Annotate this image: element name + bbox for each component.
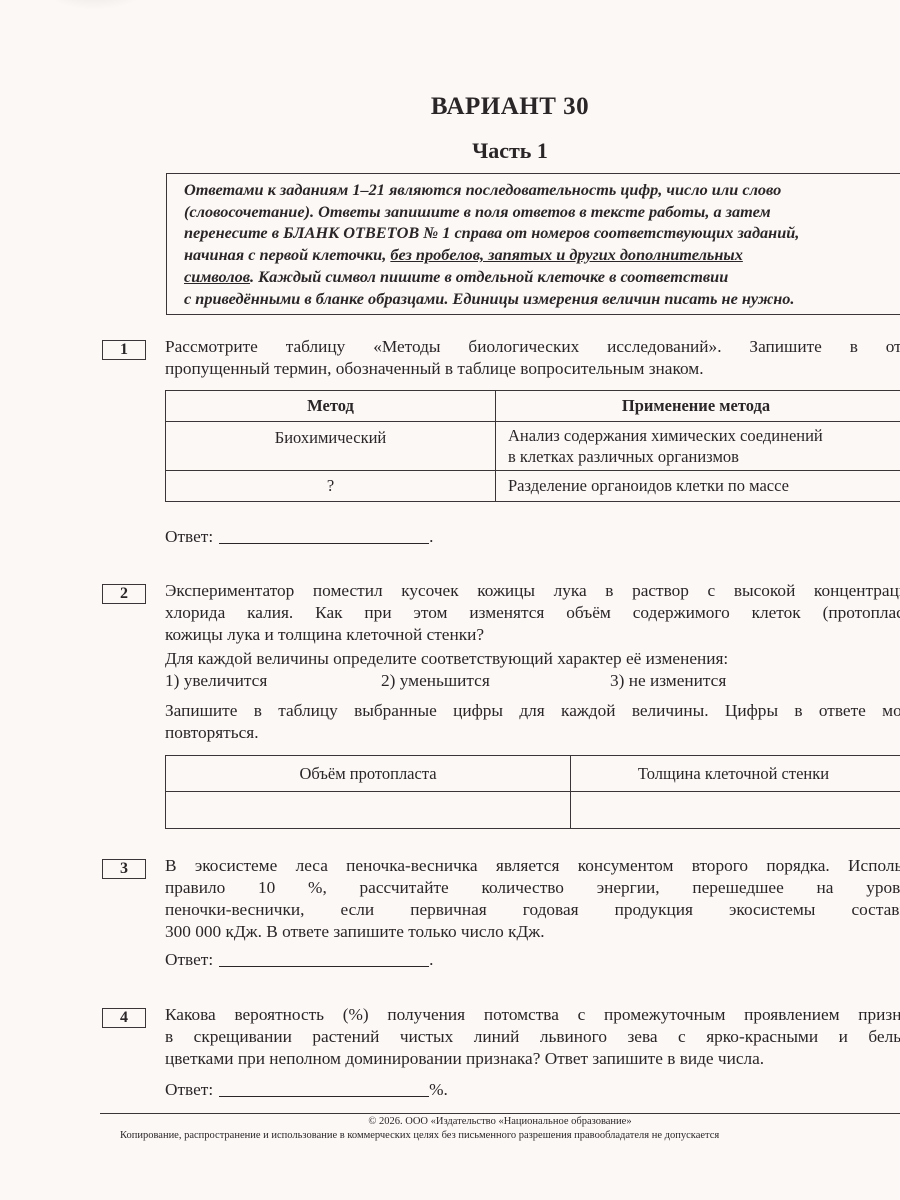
task-text-line: Рассмотрите таблицу «Методы биологически… [165,336,900,358]
task-text-line: хлорида калия. Как при этом изменятся об… [165,602,900,624]
table-header: Применение метода [496,391,900,422]
instructions-box: Ответами к заданиям 1–21 являются послед… [166,173,900,315]
answer-suffix: . [429,950,433,969]
task-text-line: пропущенный термин, обозначенный в табли… [165,359,704,378]
answer-cell-protoplast[interactable] [166,792,571,829]
task-text-line: пеночки-веснички, если первичная годовая… [165,899,900,921]
answer-field-4[interactable] [219,1080,429,1097]
answer-label: Ответ: [165,1080,213,1099]
task-4-text: Какова вероятность (%) получения потомст… [165,1004,900,1070]
table-header: Толщина клеточной стенки [571,756,900,792]
instructions-line: Ответами к заданиям 1–21 являются послед… [184,179,900,201]
task-text-line: Какова вероятность (%) получения потомст… [165,1004,900,1026]
task-number-1: 1 [102,340,146,360]
table-cell: Биохимический [166,422,496,471]
task-text-line: цветками при неполном доминировании приз… [165,1049,764,1068]
part-title: Часть 1 [0,138,900,164]
instructions-emphasis: символов [184,267,250,286]
instructions-emphasis: без пробелов, запятых и других дополните… [390,245,743,264]
instructions-text: . Каждый символ пишите в отдельной клето… [250,267,728,286]
table-cell-line: Анализ содержания химических соединений [508,425,900,446]
task-1-answer: Ответ:. [165,527,433,547]
instructions-line: символов. Каждый символ пишите в отдельн… [184,266,900,288]
task-4-answer: Ответ:%. [165,1080,448,1100]
task-number-3: 3 [102,859,146,879]
instructions-line: начиная с первой клеточки, без пробелов,… [184,244,900,266]
task-3-answer: Ответ:. [165,950,433,970]
task-2-option-1: 1) увеличится [165,670,267,692]
table-cell-line: в клетках различных организмов [508,446,900,467]
table-cell: Разделение органоидов клетки по массе [496,471,900,502]
task-2-instruction: Запишите в таблицу выбранные цифры для к… [165,700,900,744]
answer-field-3[interactable] [219,950,429,967]
scan-shadow [40,0,150,10]
task-text-line: 300 000 кДж. В ответе запишите только чи… [165,922,545,941]
task-text-line: В экосистеме леса пеночка-весничка являе… [165,855,900,877]
exam-page: ВАРИАНТ 30 Часть 1 Ответами к заданиям 1… [0,0,900,1200]
footer-divider [100,1113,900,1114]
task-2-option-2: 2) уменьшится [381,670,490,692]
footer-notice: Копирование, распространение и использов… [120,1130,719,1141]
answer-label: Ответ: [165,950,213,969]
task-number-2: 2 [102,584,146,604]
task-2-prompt: Для каждой величины определите соответст… [165,648,728,670]
table-header: Объём протопласта [166,756,571,792]
task-text-line: Экспериментатор поместил кусочек кожицы … [165,580,900,602]
task-2-option-3: 3) не изменится [610,670,726,692]
task-1-text: Рассмотрите таблицу «Методы биологически… [165,336,900,380]
table-cell: ? [166,471,496,502]
task-text-line: кожицы лука и толщина клеточной стенки? [165,625,484,644]
answer-field-1[interactable] [219,527,429,544]
task-1-table: Метод Применение метода Биохимический Ан… [165,390,900,502]
task-number-4: 4 [102,1008,146,1028]
task-3-text: В экосистеме леса пеночка-весничка являе… [165,855,900,943]
footer-copyright: © 2026. ООО «Издательство «Национальное … [100,1116,900,1127]
answer-cell-cell-wall[interactable] [571,792,900,829]
task-2-table: Объём протопласта Толщина клеточной стен… [165,755,900,829]
instructions-line: (словосочетание). Ответы запишите в поля… [184,201,900,223]
task-2-text: Экспериментатор поместил кусочек кожицы … [165,580,900,646]
table-cell: Анализ содержания химических соединений … [496,422,900,471]
answer-label: Ответ: [165,527,213,546]
instructions-line: с приведёнными в бланке образцами. Едини… [184,288,900,310]
task-text-line: в скрещивании растений чистых линий льви… [165,1026,900,1048]
answer-suffix: %. [429,1080,448,1099]
variant-title: ВАРИАНТ 30 [0,93,900,121]
answer-suffix: . [429,527,433,546]
instructions-text: начиная с первой клеточки, [184,245,390,264]
instructions-line: перенесите в БЛАНК ОТВЕТОВ № 1 справа от… [184,222,900,244]
task-text-line: повторяться. [165,723,259,742]
table-header: Метод [166,391,496,422]
task-text-line: Запишите в таблицу выбранные цифры для к… [165,700,900,722]
task-text-line: правило 10 %, рассчитайте количество эне… [165,877,900,899]
